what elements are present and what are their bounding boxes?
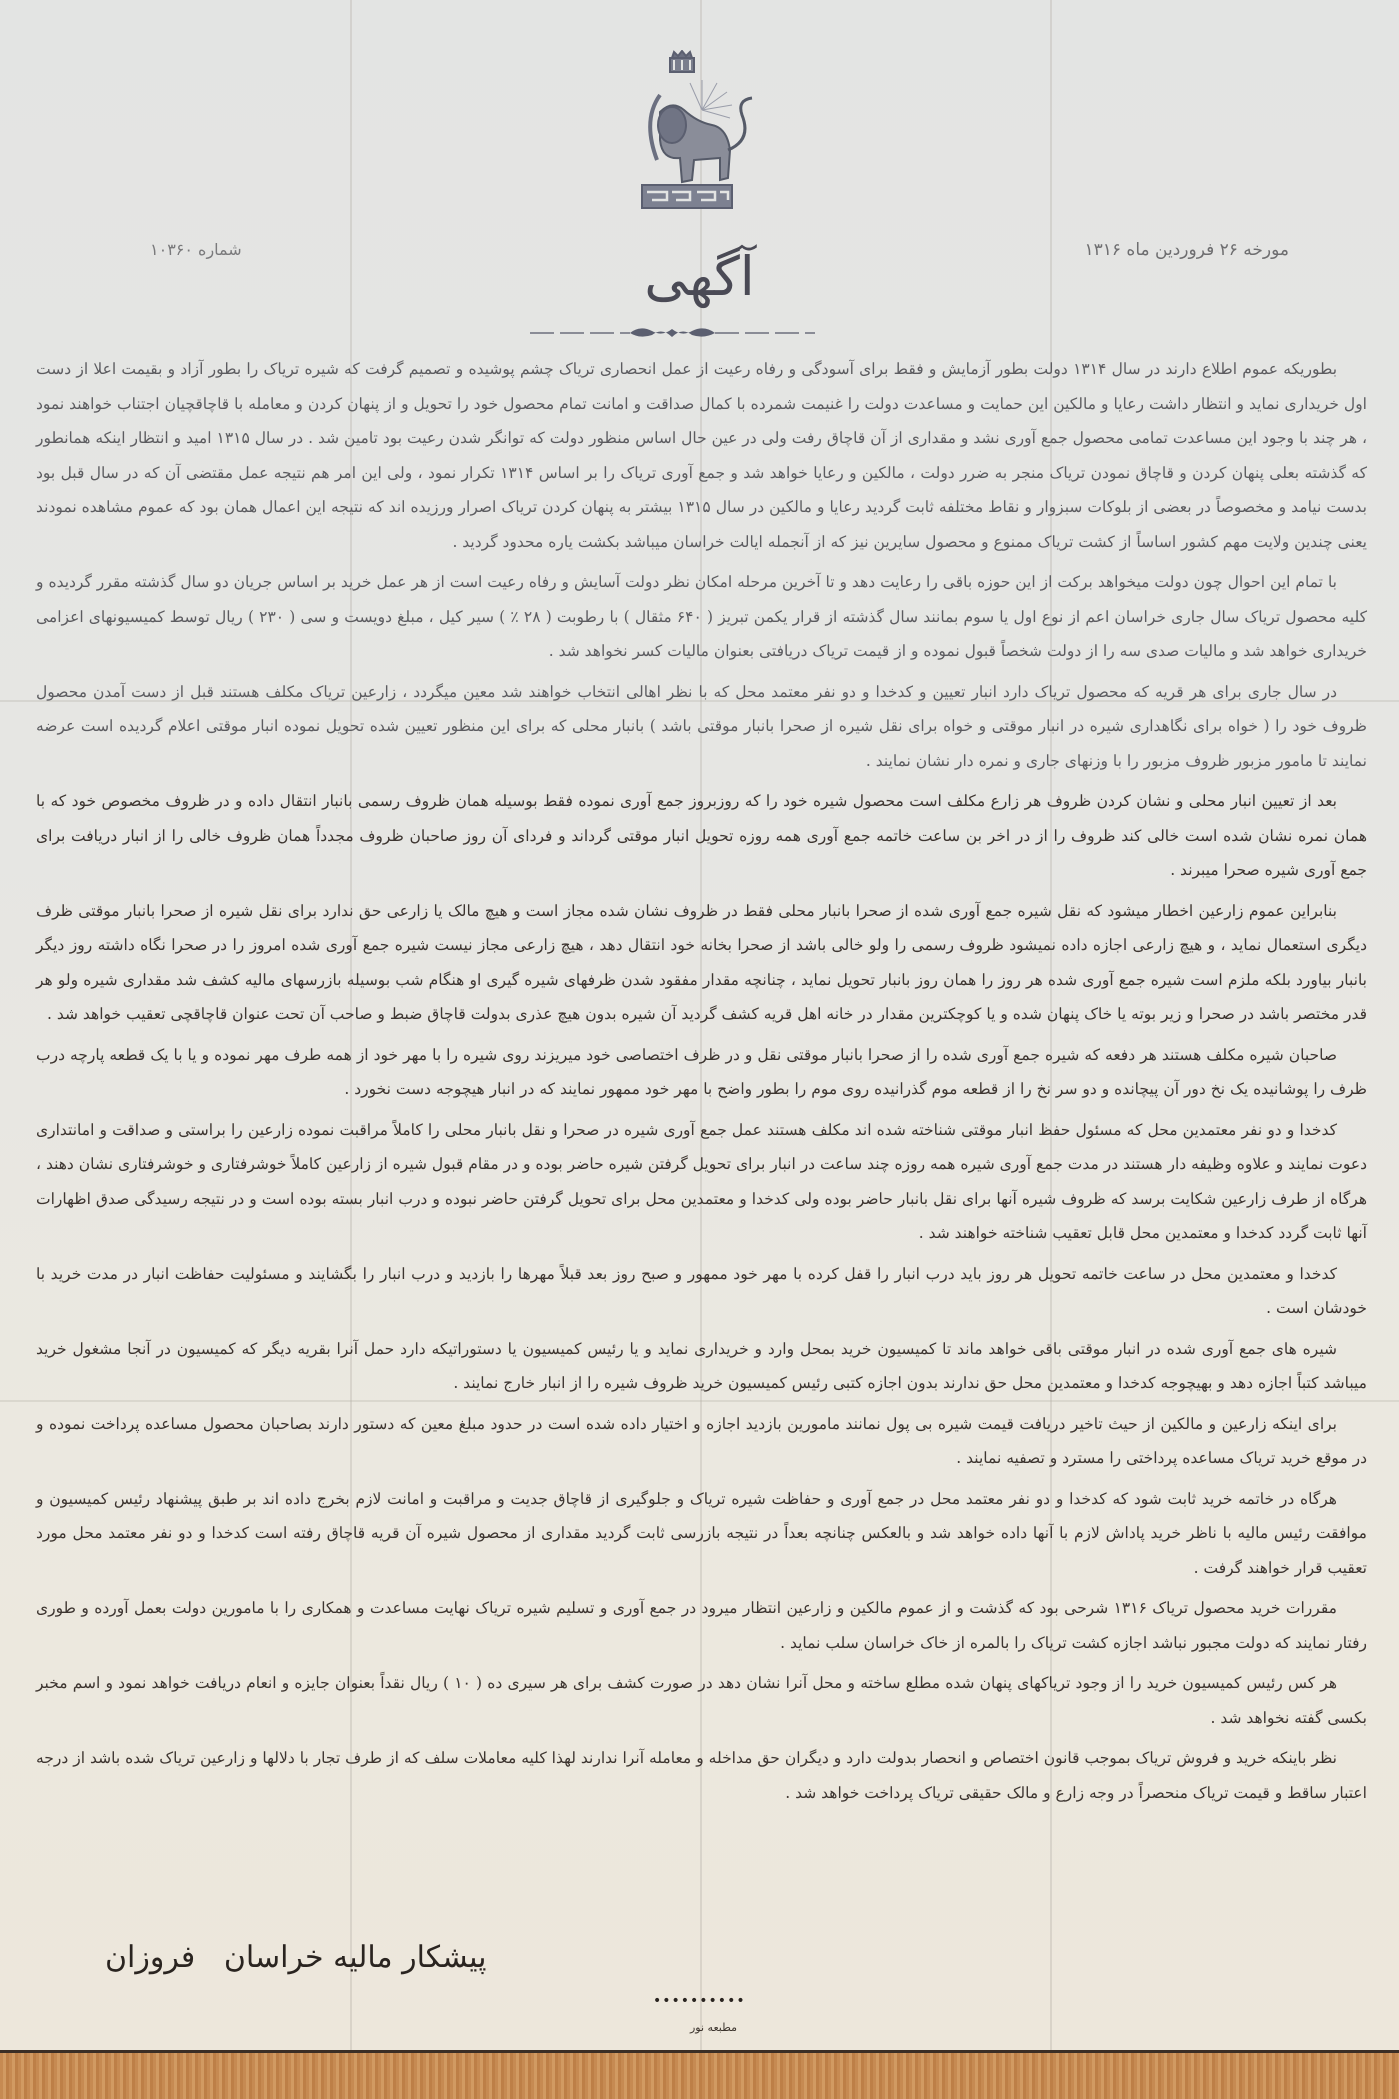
paragraph: صاحبان شیره مکلف هستند هر دفعه که شیره ج… — [36, 1038, 1367, 1107]
paragraph: نظر باینکه خرید و فروش تریاک بموجب قانون… — [36, 1741, 1367, 1810]
paragraph: کدخدا و دو نفر معتمدین محل که مسئول حفظ … — [36, 1113, 1367, 1251]
document-page: مورخه ۲۶ فروردین ماه ۱۳۱۶ شماره ۱۰۳۶۰ آگ… — [0, 0, 1399, 2053]
paragraph: هرگاه در خاتمه خرید ثابت شود که کدخدا و … — [36, 1482, 1367, 1586]
paragraph: مقررات خرید محصول تریاک ۱۳۱۶ شرحی بود که… — [36, 1591, 1367, 1660]
lion-and-sun-emblem-icon — [602, 50, 772, 220]
paragraph: برای اینکه زارعین و مالکین از حیث تاخیر … — [36, 1407, 1367, 1476]
paragraph: هر کس رئیس کمیسیون خرید را از وجود تریاک… — [36, 1666, 1367, 1735]
paragraph: بعد از تعیین انبار محلی و نشان کردن ظروف… — [36, 784, 1367, 888]
paragraph: با تمام این احوال چون دولت میخواهد برکت … — [36, 565, 1367, 669]
separator-dots: •••••••••• — [653, 1993, 746, 2009]
signature: پیشکار مالیه خراسان فروزان — [105, 1940, 487, 1975]
ornament-divider-icon — [530, 325, 815, 339]
press-mark: مطبعه نور — [690, 2021, 737, 2034]
notice-body: بطوریکه عموم اطلاع دارند در سال ۱۳۱۴ دول… — [36, 352, 1367, 1816]
paragraph: بطوریکه عموم اطلاع دارند در سال ۱۳۱۴ دول… — [36, 352, 1367, 559]
paragraph: در سال جاری برای هر قریه که محصول تریاک … — [36, 675, 1367, 779]
page-title: آگهی — [0, 245, 1399, 308]
paragraph: شیره های جمع آوری شده در انبار موقتی باق… — [36, 1332, 1367, 1401]
paragraph: کدخدا و معتمدین محل در ساعت خاتمه تحویل … — [36, 1257, 1367, 1326]
paragraph: بنابراین عموم زارعین اخطار میشود که نقل … — [36, 894, 1367, 1032]
